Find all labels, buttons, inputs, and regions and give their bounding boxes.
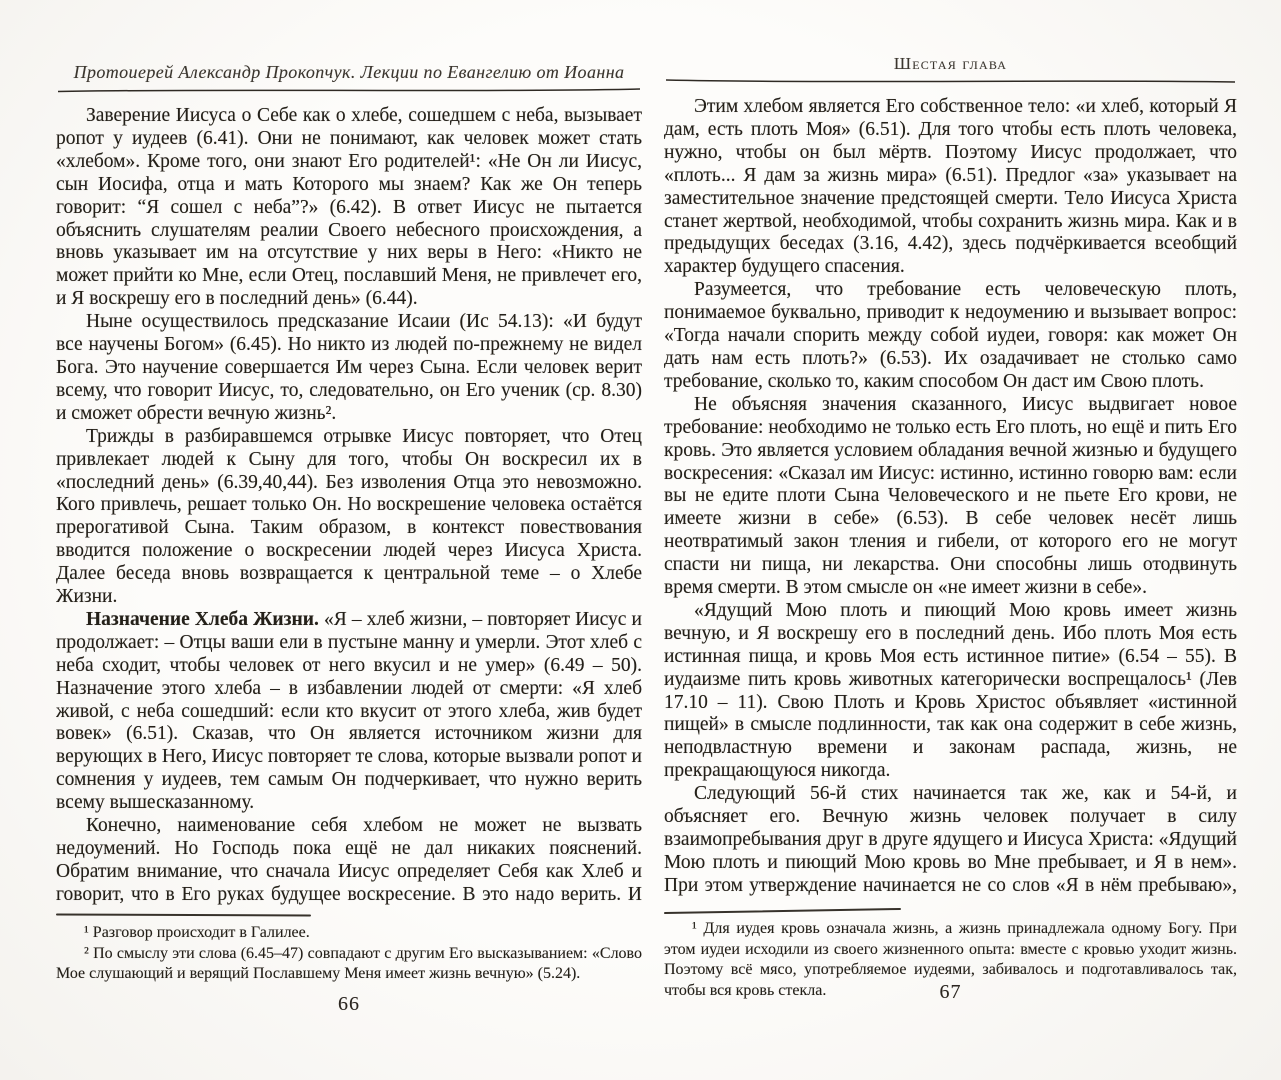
- paragraph: Ныне осуществилось предсказание Исаии (И…: [56, 311, 642, 426]
- paragraph: Трижды в разбиравшемся отрывке Иисус пов…: [56, 426, 642, 609]
- page-body-right: Этим хлебом является Его собственное тел…: [664, 96, 1237, 896]
- paragraph: Конечно, наименование себя хлебом не мож…: [56, 815, 642, 905]
- paragraph: Не объясняя значения сказанного, Иисус в…: [664, 394, 1237, 600]
- paragraph: «Ядущий Мою плоть и пиющий Мою кровь име…: [664, 600, 1237, 783]
- paragraph-text: «Я – хлеб жизни, – повторяет Иисус и про…: [56, 609, 642, 813]
- book-scan: { "left": { "header": "Протоиерей Алекса…: [0, 0, 1281, 1080]
- footnote-rule: [56, 914, 311, 917]
- paragraph: Разумеется, что требование есть человече…: [664, 279, 1237, 394]
- page-right: Шестая глава Этим хлебом является Его со…: [664, 54, 1237, 896]
- page-number-left: 66: [56, 993, 642, 1016]
- paragraph: Заверение Иисуса о Себе как о хлебе, сош…: [56, 105, 642, 311]
- footnote: ² По смыслу эти слова (6.45–47) совпадаю…: [56, 944, 642, 985]
- running-head-right: Шестая глава: [664, 54, 1237, 74]
- header-rule: [664, 77, 1237, 85]
- page-body-left: Заверение Иисуса о Себе как о хлебе, сош…: [56, 105, 642, 905]
- paragraph: Назначение Хлеба Жизни. «Я – хлеб жизни,…: [56, 609, 642, 815]
- paragraph: Следующий 56-й стих начинается так же, к…: [664, 783, 1237, 896]
- running-head-left: Протоиерей Александр Прокопчук. Лекции п…: [56, 62, 642, 83]
- paragraph-lead: Назначение Хлеба Жизни.: [86, 609, 319, 630]
- paragraph: Этим хлебом является Его собственное тел…: [664, 96, 1237, 279]
- page-number-right: 67: [664, 981, 1237, 1004]
- header-rule: [56, 86, 642, 94]
- footnote: ¹ Разговор происходит в Галилее.: [56, 923, 642, 944]
- footnotes-left: ¹ Разговор происходит в Галилее. ² По см…: [56, 914, 642, 985]
- page-left: Протоиерей Александр Прокопчук. Лекции п…: [56, 62, 642, 905]
- footnote-rule: [664, 908, 901, 914]
